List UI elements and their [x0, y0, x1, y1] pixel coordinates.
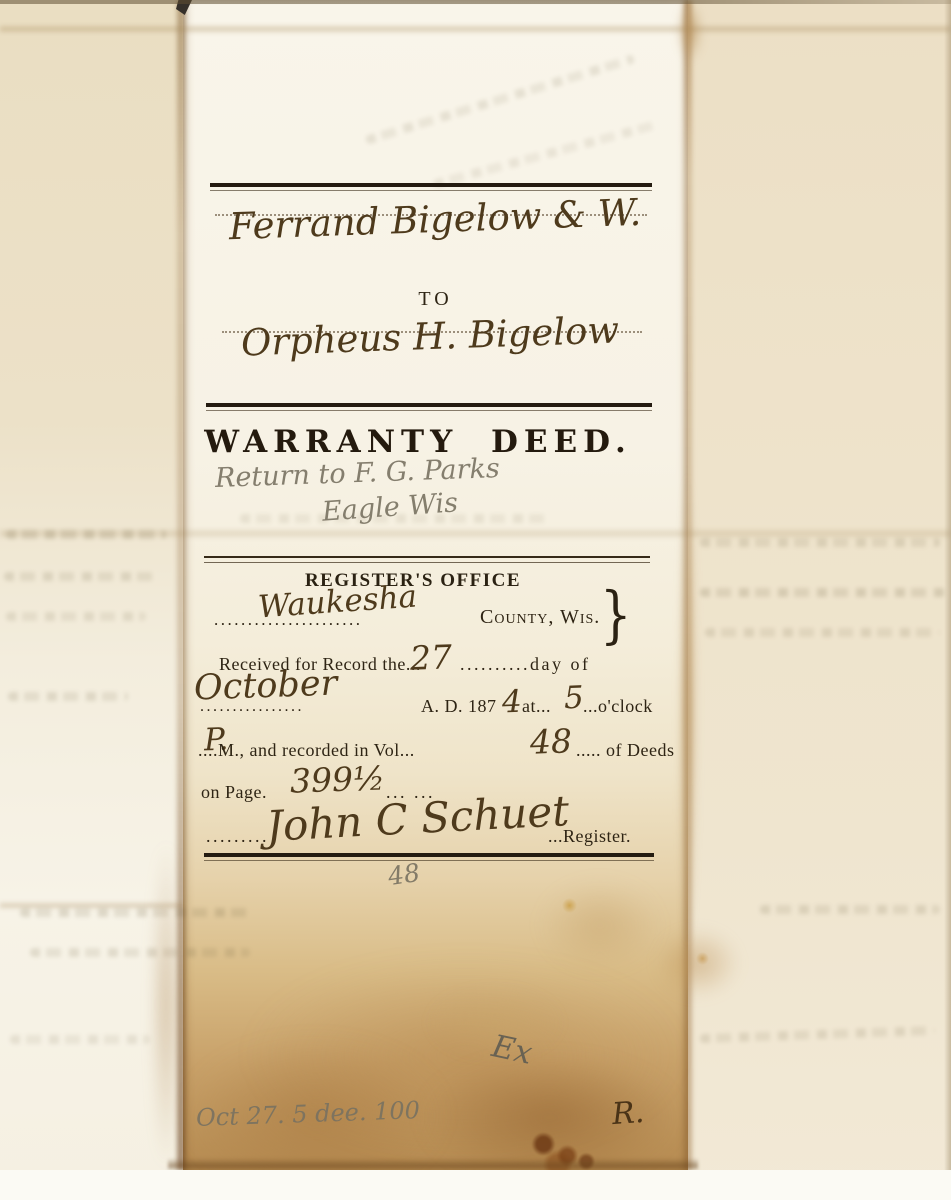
- panel-bottom-edge: [168, 1158, 698, 1170]
- vol-fill: 48: [529, 721, 572, 761]
- ghost-text-band: [20, 908, 250, 917]
- county-leader-dots: ......................: [214, 610, 363, 630]
- scanned-deed-cover: Ferrand Bigelow & W. TO Orpheus H. Bigel…: [0, 0, 951, 1200]
- month-leader-dots: ................: [200, 698, 304, 716]
- register-label: ...Register.: [548, 826, 631, 847]
- ghost-text-band: [10, 1035, 150, 1044]
- ghost-text-band: [4, 572, 154, 581]
- rule-bottom: [204, 853, 654, 861]
- ghost-text-band: [705, 628, 940, 637]
- received-line-post: ..........day of: [460, 654, 590, 675]
- ghost-text-band: [30, 948, 250, 957]
- scan-right-edge: [944, 0, 951, 1200]
- year-label: A. D. 187: [421, 696, 497, 717]
- rule-top: [210, 183, 652, 191]
- vol-pencil-note: 48: [386, 858, 422, 891]
- hour-fill: 5: [563, 680, 584, 717]
- bottom-initial: R.: [611, 1095, 645, 1132]
- brace: }: [600, 578, 632, 651]
- to-label: TO: [183, 288, 688, 311]
- grantee-dotted-line: [222, 331, 642, 333]
- ghost-text-band: [6, 530, 166, 539]
- fold-crease-top: [0, 26, 951, 32]
- county-label: County, Wis.: [480, 606, 600, 629]
- rule-under-names: [206, 403, 652, 411]
- ghost-text-band: [8, 692, 128, 701]
- water-stain: [540, 880, 660, 970]
- ghost-text-band: [6, 612, 146, 621]
- spot-stain: [696, 952, 709, 965]
- deed-title: WARRANTY DEED.: [183, 424, 653, 460]
- vol-line-post: ..... of Deeds: [576, 740, 674, 761]
- grantor-dotted-line: [215, 214, 647, 216]
- scan-bottom-band: [0, 1170, 951, 1200]
- rule-above-office: [204, 556, 650, 563]
- crease-stain: [152, 840, 180, 1170]
- ghost-text-band: [700, 538, 940, 547]
- at-label: at...: [522, 696, 551, 717]
- deckle-edge-stain: [678, 470, 698, 950]
- scan-top-edge: [0, 0, 951, 4]
- oclock-label: ...o'clock: [583, 696, 653, 717]
- signature-leader-dots: .........: [206, 826, 269, 847]
- page-label: on Page.: [201, 782, 267, 803]
- year-fill: 4: [501, 684, 522, 721]
- ghost-text-band: [760, 905, 940, 914]
- day-fill: 27: [409, 637, 452, 677]
- ghost-text-band: [700, 588, 945, 597]
- spot-stain: [562, 898, 577, 913]
- page-fill: 399½: [289, 758, 385, 800]
- backing-sheet-right: [686, 0, 951, 1200]
- crease-stain: [676, 0, 704, 62]
